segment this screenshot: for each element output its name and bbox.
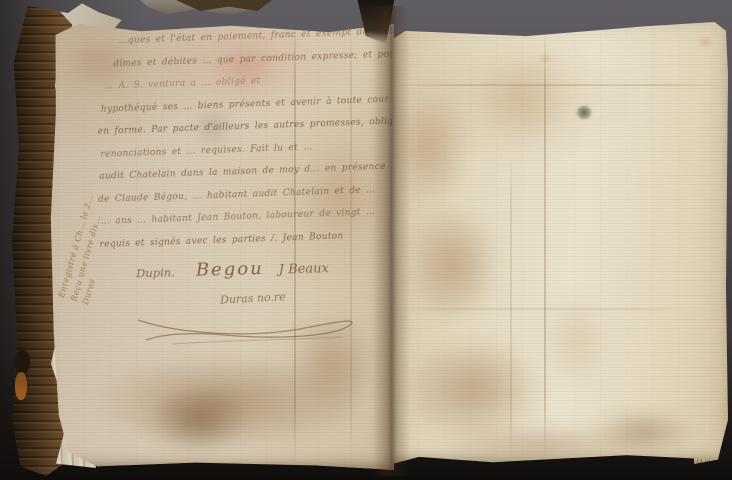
right-page-blank <box>392 22 728 464</box>
stain <box>133 378 263 460</box>
signature-beaux: J Beaux <box>279 261 329 277</box>
stain <box>577 402 711 464</box>
crease <box>510 155 512 464</box>
stain <box>385 323 560 456</box>
stain <box>533 278 620 402</box>
stain <box>379 75 480 216</box>
manuscript-text-block: …ques et l'état en paiement, franc et ex… <box>92 21 386 256</box>
stain-pink-smudge <box>536 54 556 63</box>
archival-manuscript-photo: Enregistré à Ch… le 2… Reçu une livre di… <box>0 0 732 480</box>
signature-begou: Begou <box>196 258 264 281</box>
binding-dark-fragment <box>15 350 30 374</box>
crease <box>544 22 546 464</box>
stain-dark-spot <box>576 106 592 119</box>
signature-row: Dupin. Begou J Beaux <box>136 255 386 283</box>
stain <box>61 342 394 461</box>
stain <box>392 190 513 340</box>
signature-dupin: Dupin. <box>136 265 175 280</box>
stain-pink-corner <box>696 36 716 48</box>
crease <box>392 308 694 310</box>
crease <box>392 84 728 86</box>
binding-rust-fragment <box>15 372 27 400</box>
left-page: Enregistré à Ch… le 2… Reçu une livre di… <box>32 12 394 470</box>
stain <box>466 40 580 155</box>
signature-flourish-paraph <box>132 304 382 348</box>
